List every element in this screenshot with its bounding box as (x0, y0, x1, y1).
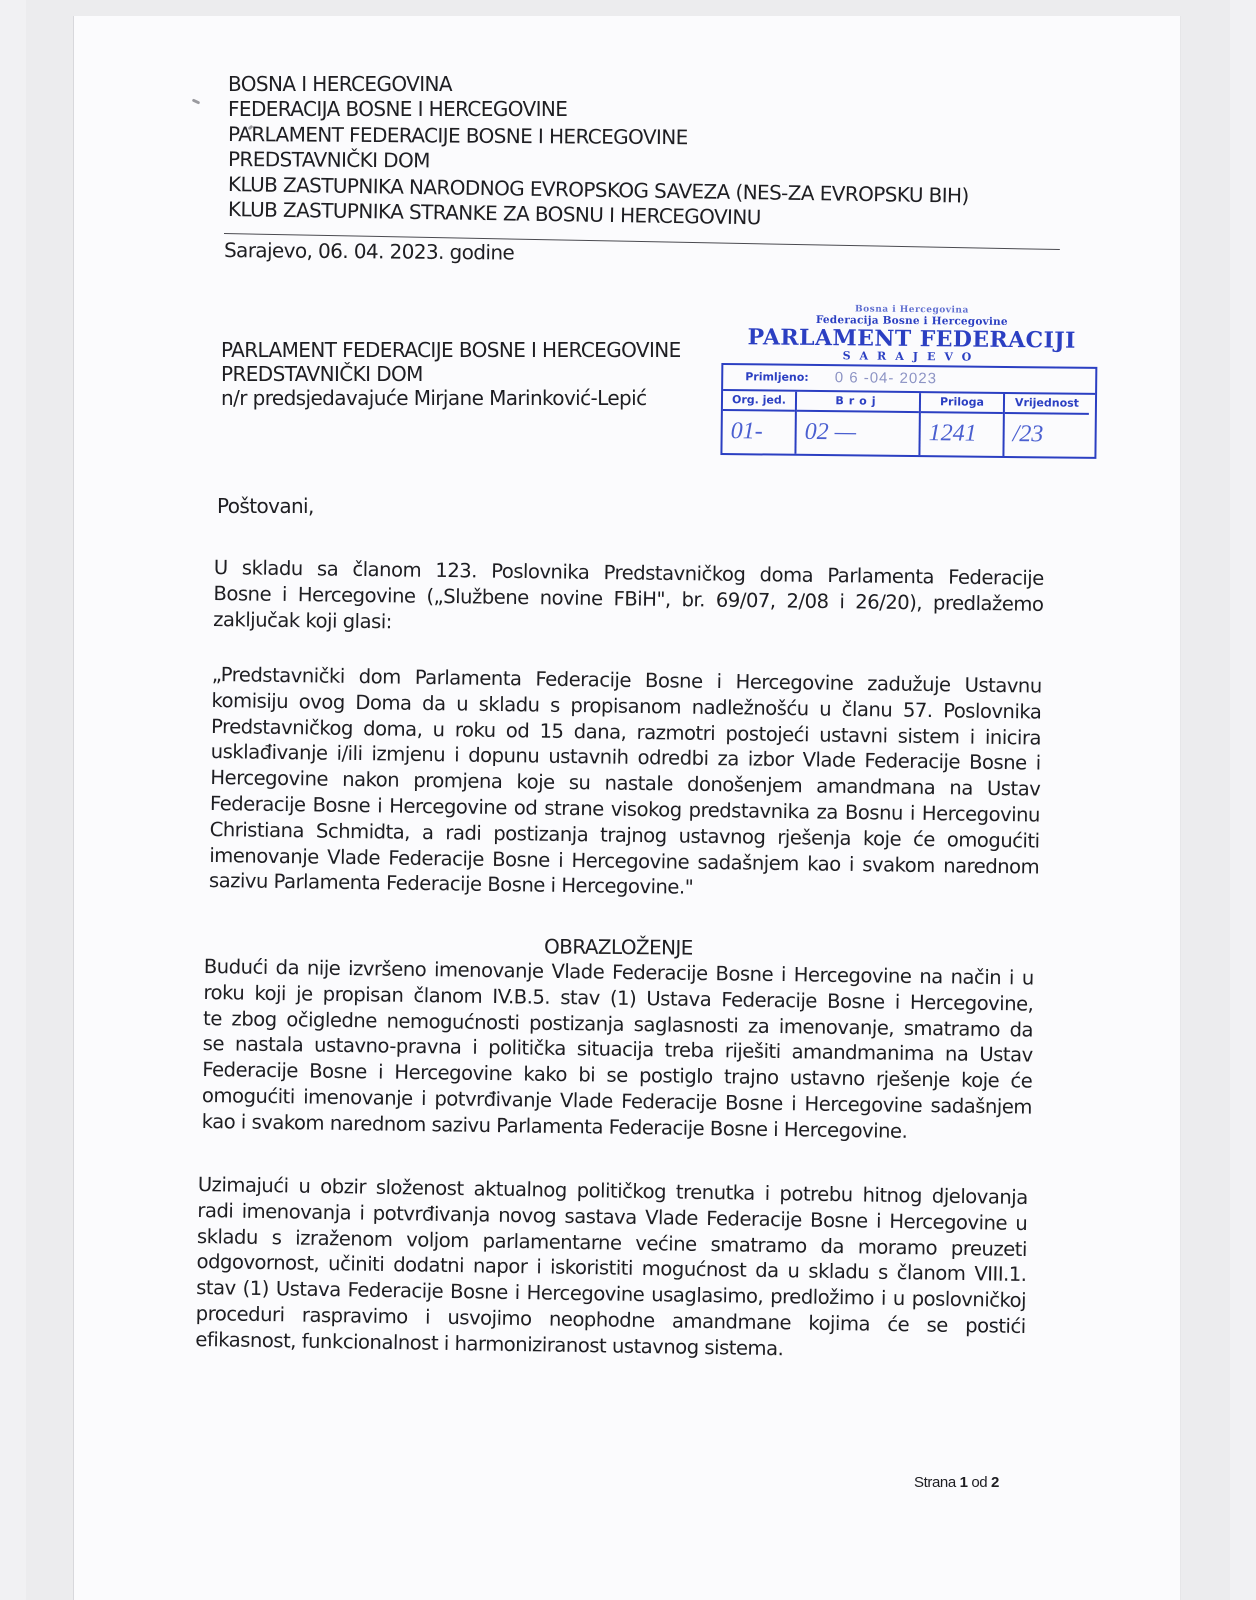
page-current: 1 (960, 1474, 968, 1491)
page-label: Strana (914, 1474, 956, 1491)
letterhead-line: BOSNA I HERCEGOVINA (228, 72, 969, 97)
recipient-line: PREDSTAVNIČKI DOM (221, 362, 681, 386)
closing-paragraph: Uzimajući u obzir složenost aktualnog po… (195, 1172, 1028, 1366)
stamp-received-row: Primljeno: 0 6 -04- 2023 (723, 365, 1095, 395)
section-heading: OBRAZLOŽENJE (544, 934, 693, 959)
document-date: Sarajevo, 06. 04. 2023. godine (224, 238, 514, 265)
salutation: Poštovani, (217, 494, 314, 518)
stamp-col-value: /23 (1004, 413, 1088, 456)
recipient-block: PARLAMENT FEDERACIJE BOSNE I HERCEGOVINE… (221, 338, 681, 410)
rationale-paragraph: Budući da nije izvršeno imenovanje Vlade… (201, 954, 1033, 1146)
stamp-col-value-field: Vrijednost /23 (1004, 393, 1089, 456)
stamp-col-header: Broj (797, 391, 919, 412)
stamp-col-value: 01- (722, 411, 794, 454)
stamp-col-header: Org. jed. (723, 391, 795, 412)
stamp-col-value: 02 — (796, 411, 918, 454)
page-total: 2 (991, 1474, 999, 1491)
stamp-received-label: Primljeno: (745, 370, 809, 384)
letterhead-line: PREDSTAVNIČKI DOM (228, 147, 969, 177)
recipient-line: PARLAMENT FEDERACIJE BOSNE I HERCEGOVINE (221, 338, 681, 362)
intro-paragraph: U skladu sa članom 123. Poslovnika Preds… (213, 555, 1044, 643)
letterhead: BOSNA I HERCEGOVINA FEDERACIJA BOSNE I H… (228, 72, 969, 222)
stamp-col-number: Broj 02 — (796, 391, 921, 454)
stamp-fields: Org. jed. 01- Broj 02 — Priloga 1241 Vri… (722, 391, 1095, 457)
stamp-col-header: Priloga (921, 393, 1003, 414)
stamp-title: PARLAMENT FEDERACIJI (722, 325, 1102, 351)
stamp-col-header: Vrijednost (1005, 393, 1089, 414)
stamp-header: Bosna i Hercegovina Federacija Bosne i H… (721, 304, 1102, 363)
speck (192, 98, 201, 104)
stamp-col-org: Org. jed. 01- (722, 391, 797, 454)
stamp-received-date: 0 6 -04- 2023 (835, 369, 937, 387)
registry-stamp: Bosna i Hercegovina Federacija Bosne i H… (720, 304, 1102, 458)
letterhead-line: FEDERACIJA BOSNE I HERCEGOVINE (228, 97, 969, 122)
stamp-table: Primljeno: 0 6 -04- 2023 Org. jed. 01- B… (720, 362, 1097, 458)
stamp-col-attachments: Priloga 1241 (920, 393, 1005, 456)
page-number: Strana 1 od 2 (914, 1474, 999, 1491)
recipient-line: n/r predsjedavajuće Mirjane Marinković-L… (221, 386, 681, 410)
page-of-label: od (971, 1474, 987, 1491)
conclusion-quote-paragraph: „Predstavnički dom Parlamenta Federacije… (209, 662, 1042, 906)
stamp-col-value: 1241 (920, 413, 1002, 456)
